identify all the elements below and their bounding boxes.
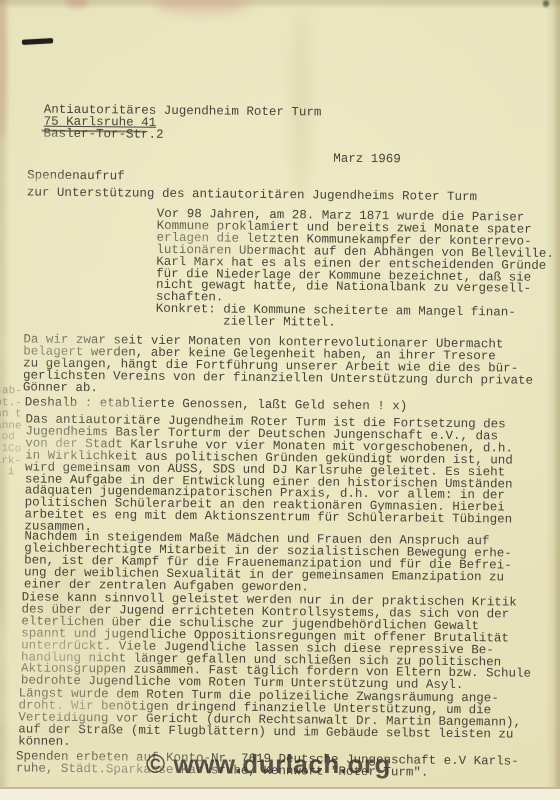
paragraph-emancipation: Nachdem in steigendem Maße Mädchen und F…	[24, 531, 512, 596]
paragraph-appeal: Deshalb : etablierte Genossen, laßt Geld…	[25, 397, 408, 413]
historical-quote-block: Vor 98 Jahren, am 28. Marz 1871 wurde di…	[156, 209, 555, 332]
paragraph-history: Das antiautoritäre Jugendheim Roter Turm…	[24, 414, 513, 538]
subject-title: Spendenaufruf	[27, 170, 125, 183]
scanned-letter-page: Antiautoritäres Jugendheim Roter Turm75 …	[0, 0, 560, 787]
marginal-footnote: x)ab- sot.- an t lanne iod g 1Co dirk- i…	[0, 386, 31, 479]
date-line: Marz 1969	[333, 154, 401, 167]
sender-street: Basler-Tor-Str.2	[44, 126, 164, 141]
scan-backing-edge	[0, 787, 560, 800]
subject-subtitle: zur Unterstützung des antiautoritären Ju…	[27, 187, 477, 204]
watermark-durlach: © www.durlach.org	[146, 749, 446, 780]
paragraph-siege: Da wir zwar seit vier Monaten von konter…	[23, 334, 534, 399]
paragraph-eviction: Längst wurde dem Roten Turm die polizeil…	[18, 688, 521, 753]
sender-block: Antiautoritäres Jugendheim Roter Turm75 …	[44, 105, 322, 144]
paragraph-critique: Diese kann sinnvoll geleistet werden nur…	[21, 592, 532, 693]
letter-content: Antiautoritäres Jugendheim Roter Turm75 …	[0, 0, 560, 787]
